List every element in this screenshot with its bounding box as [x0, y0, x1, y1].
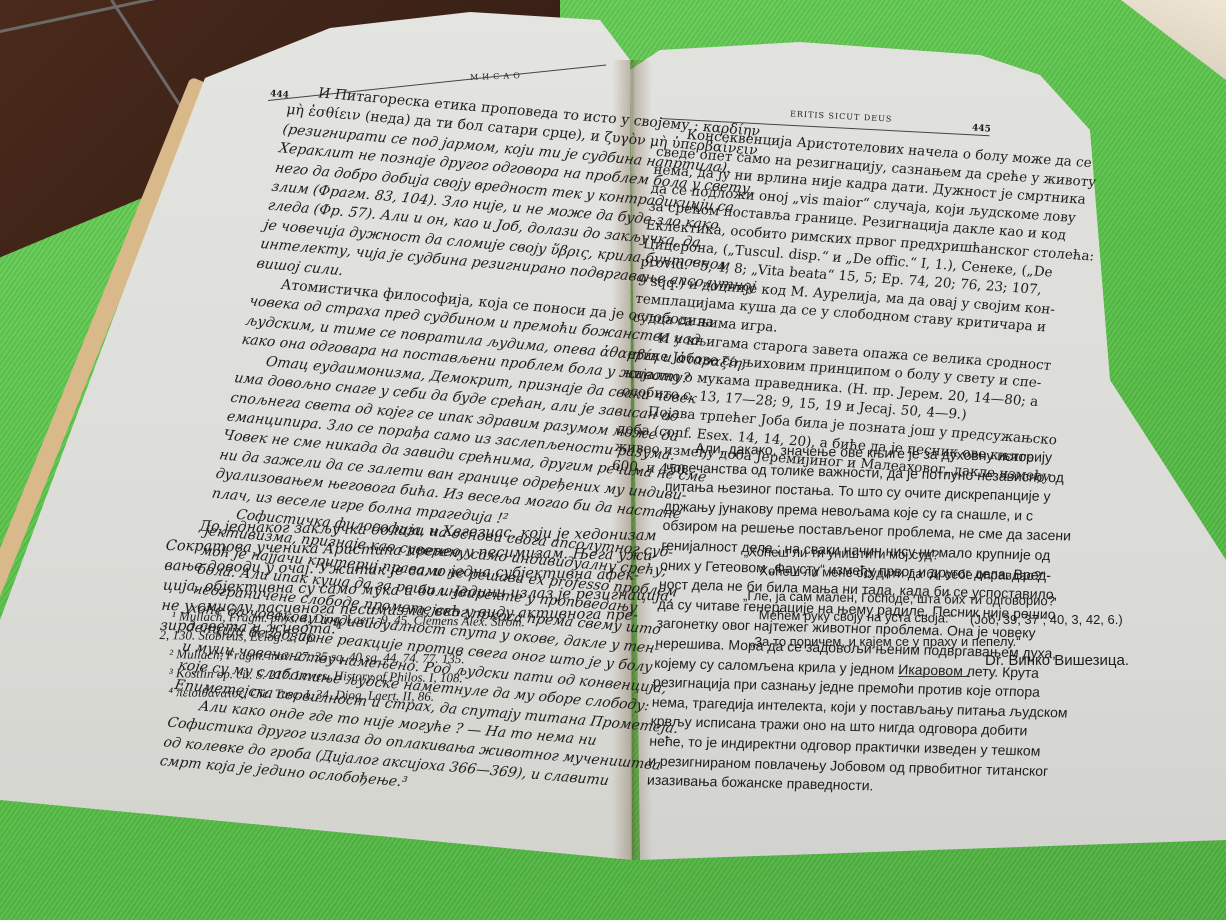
- left-footnotes: ¹ Mullach, Fragm. phys. 4. Diog. Laert. …: [158, 606, 525, 707]
- end-rule: [898, 676, 970, 677]
- right-page-number: 445: [972, 123, 991, 134]
- scripture-reference: (Јоб, 39, 37 ; 40, 3, 42, 6.): [970, 612, 1123, 627]
- author-signature: Dr. Винко Вишезица.: [985, 652, 1129, 669]
- closing-quote: „За то поричем, и кајем се у праху и пеп…: [750, 634, 1021, 649]
- quote-line: Хоћеш ли мене осудити да би себе оправда…: [743, 561, 1055, 585]
